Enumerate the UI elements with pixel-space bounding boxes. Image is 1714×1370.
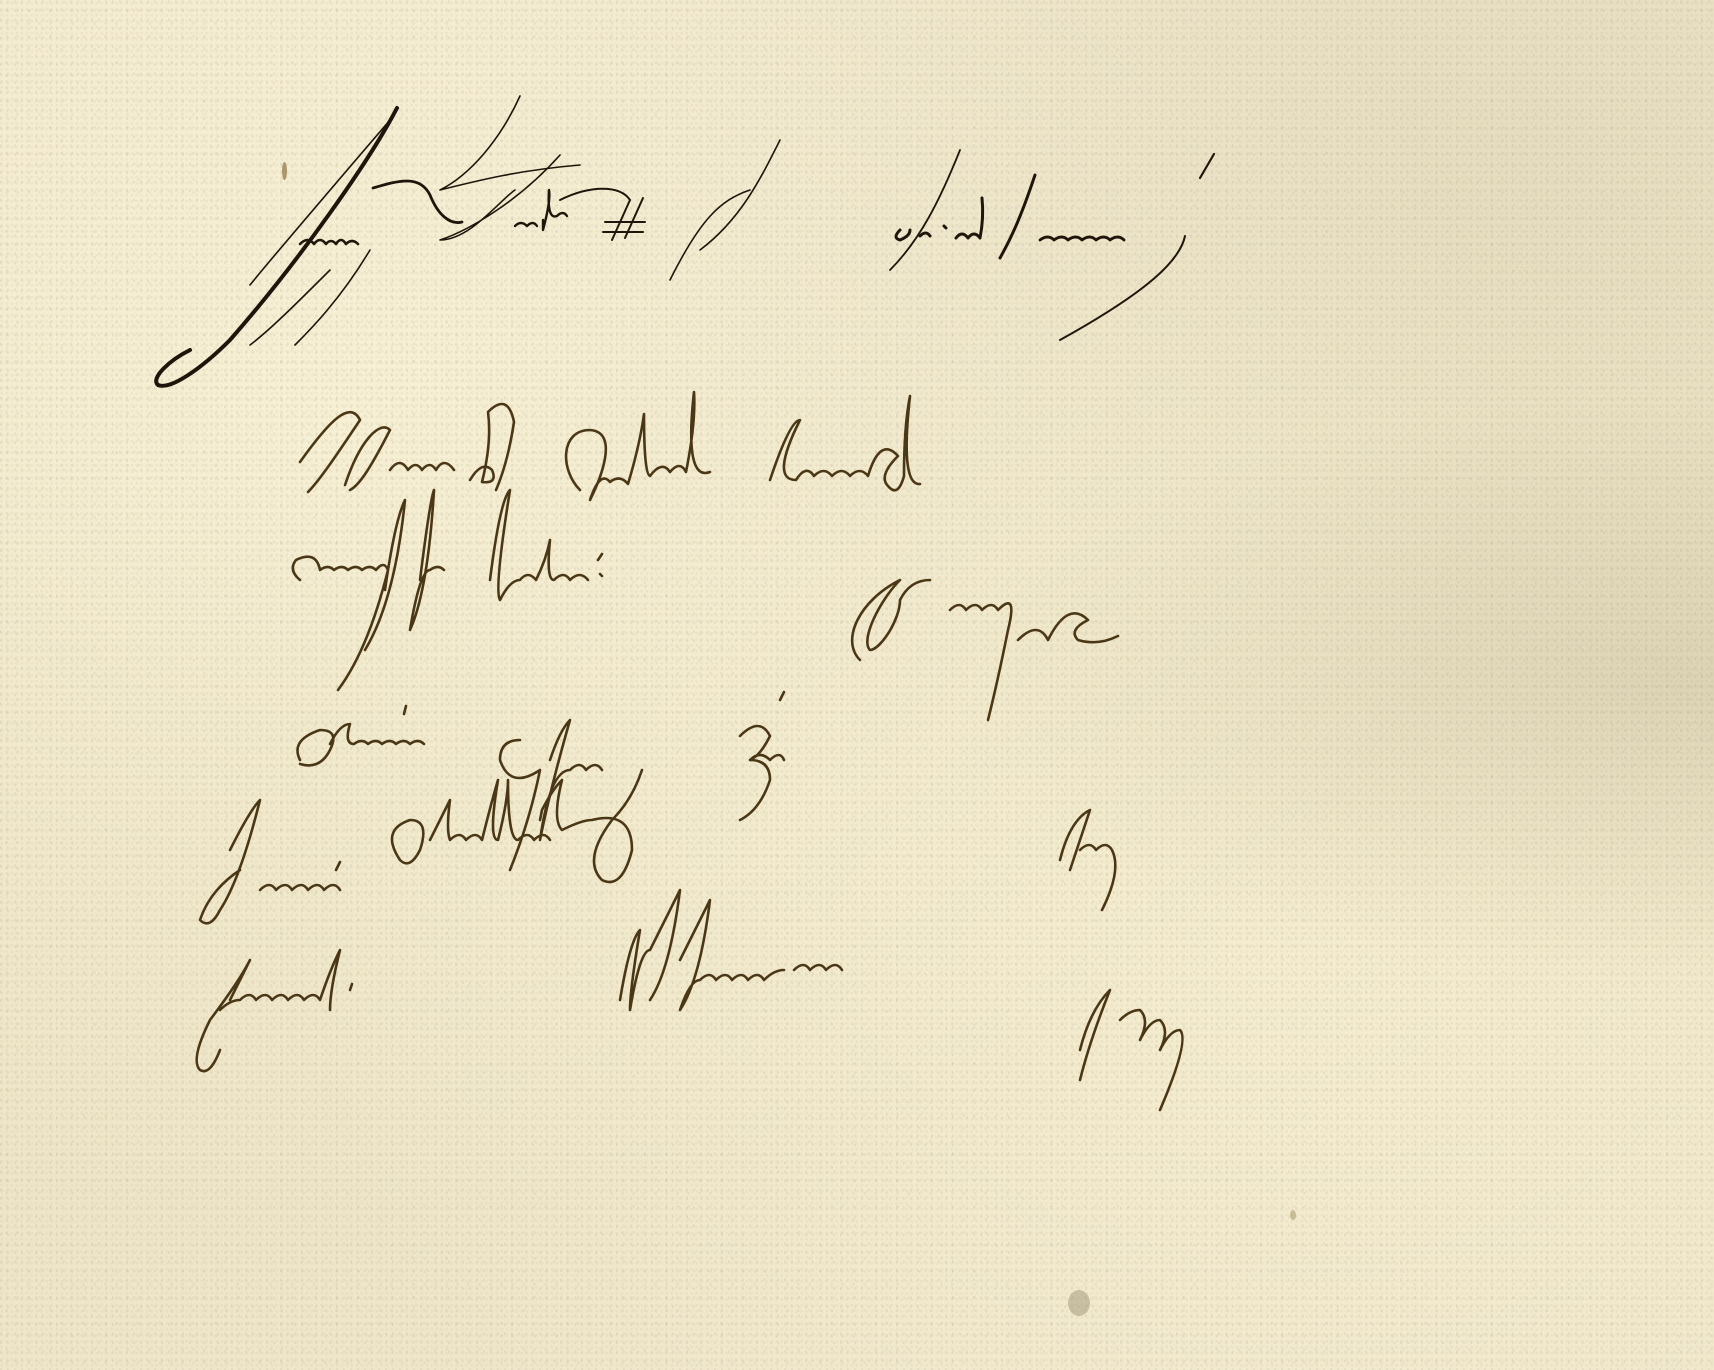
handwriting-strokes [0,0,1714,1370]
body-lines [197,392,1183,1110]
heading-signature [156,96,1214,386]
document-page: Josef Krattky Hindelmann (?) Matrad Ostd… [0,0,1714,1370]
